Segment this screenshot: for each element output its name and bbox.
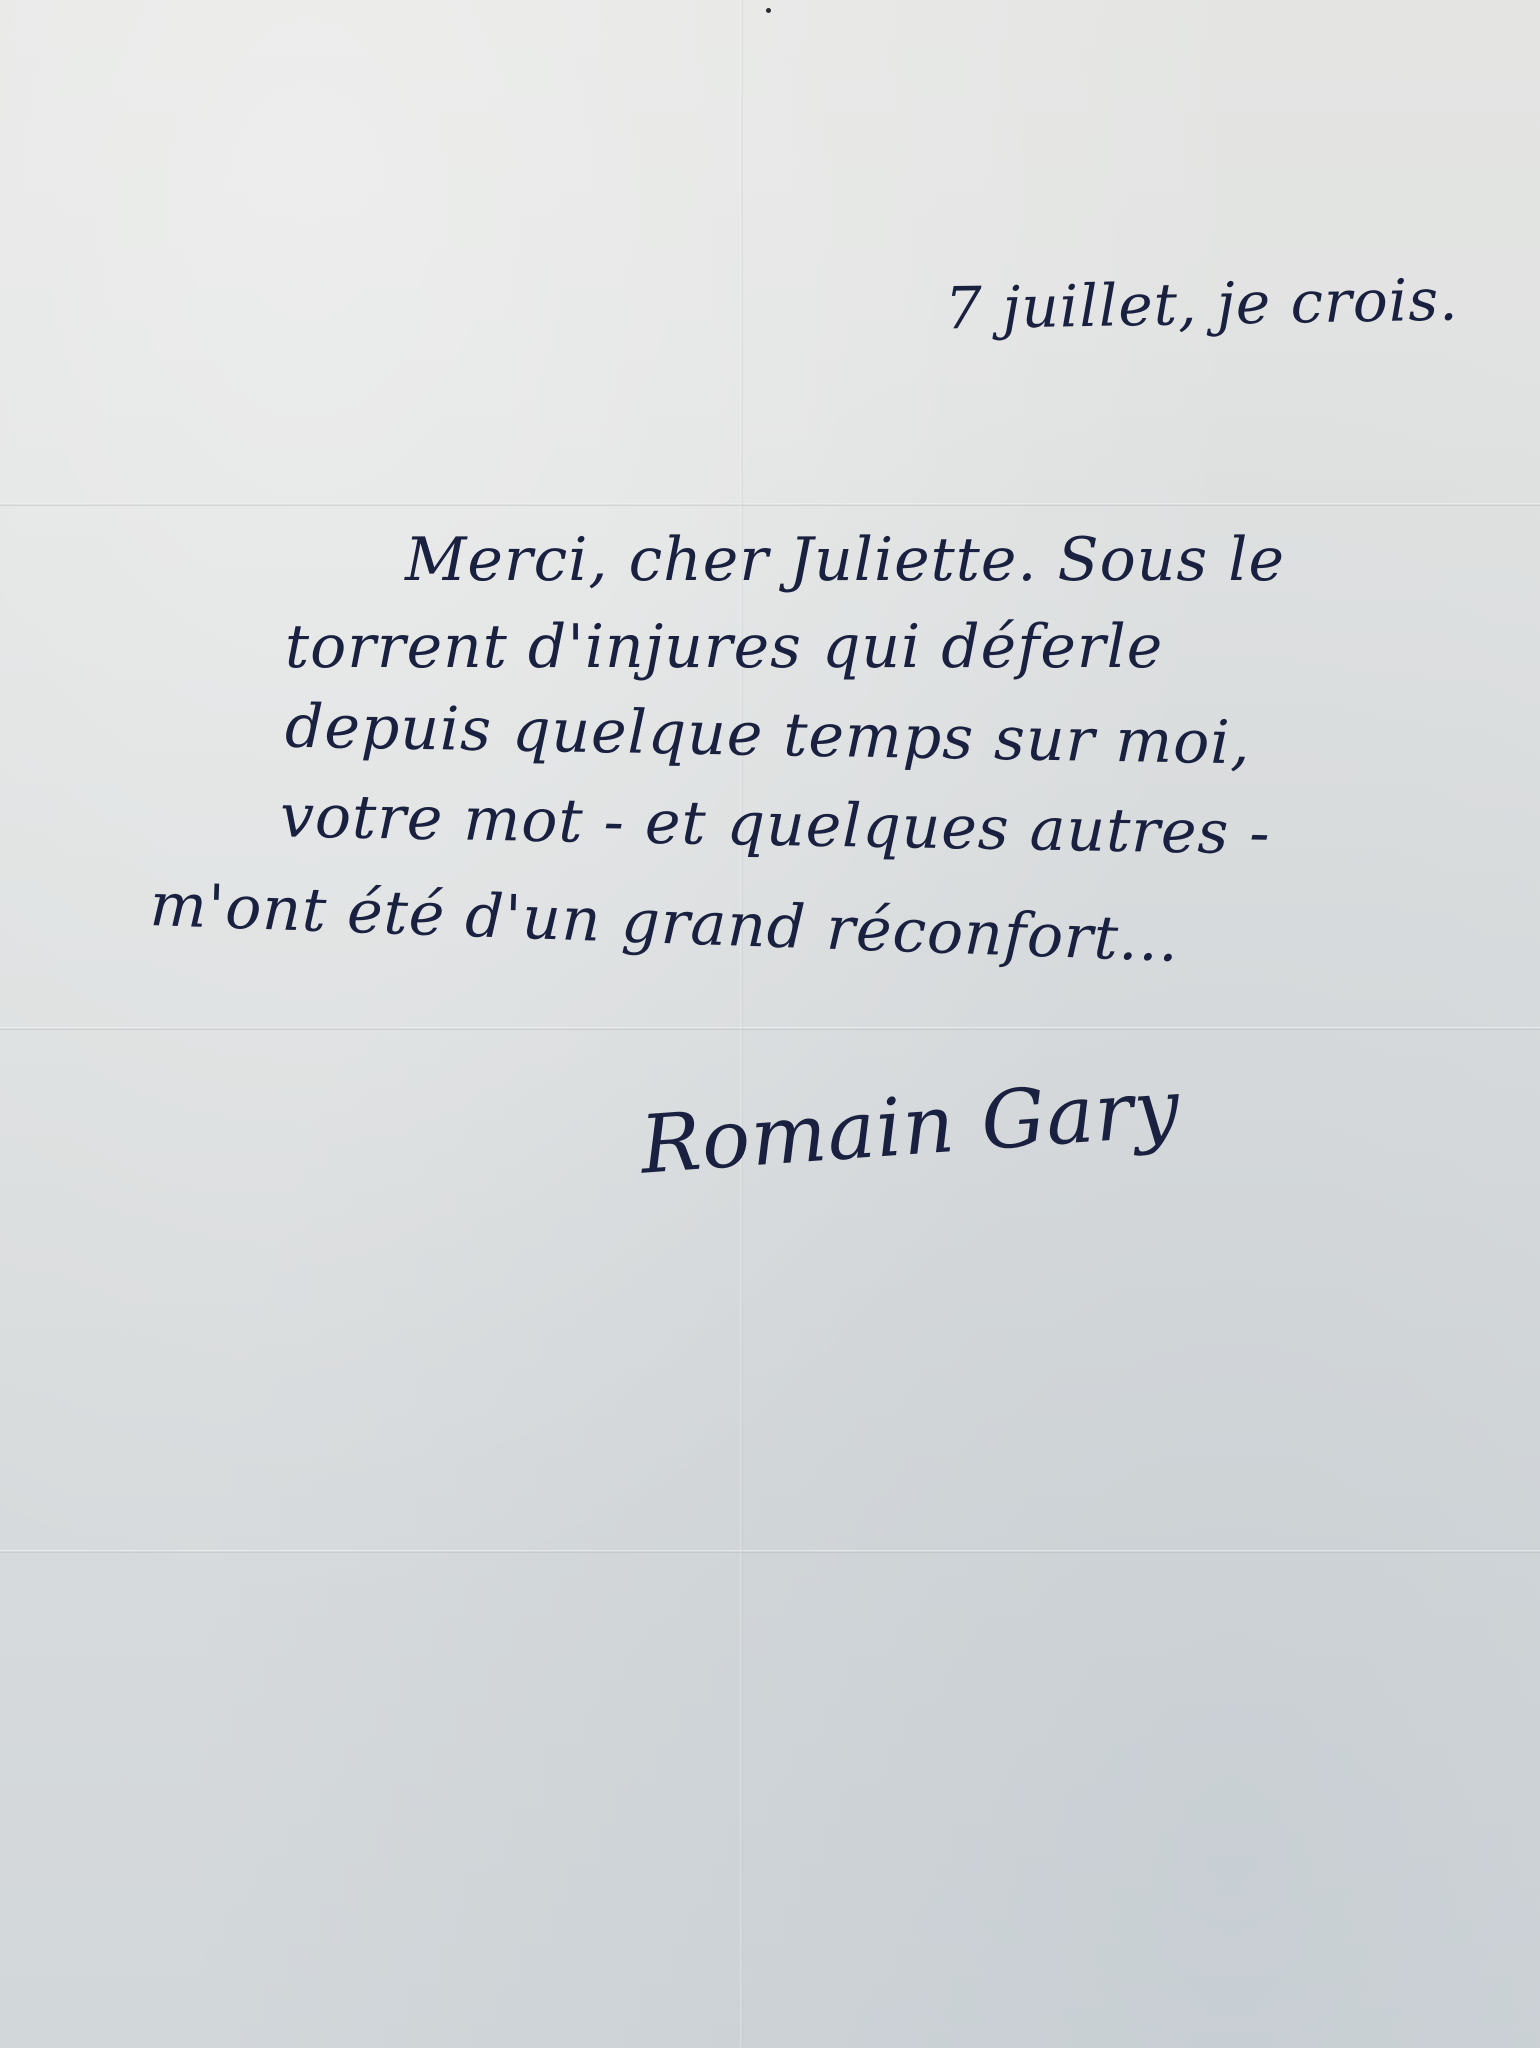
signature: Romain Gary bbox=[637, 1061, 1183, 1191]
letter-body-line: torrent d'injures qui déferle bbox=[285, 612, 1163, 682]
letter-body-line: Merci, cher Juliette. Sous le bbox=[405, 525, 1285, 595]
fold-crease-vertical bbox=[740, 0, 743, 2048]
letter-body-line: depuis quelque temps sur moi, bbox=[284, 692, 1251, 779]
letter-body-line: votre mot - et quelques autres - bbox=[279, 781, 1271, 868]
ink-speck bbox=[766, 8, 771, 13]
letter-page: 7 juillet, je crois. Merci, cher Juliett… bbox=[0, 0, 1540, 2048]
fold-crease-horizontal bbox=[0, 1550, 1540, 1553]
fold-crease-horizontal bbox=[0, 503, 1540, 506]
letter-body-line: m'ont été d'un grand réconfort... bbox=[149, 870, 1181, 976]
fold-crease-horizontal bbox=[0, 1027, 1540, 1030]
letter-date: 7 juillet, je crois. bbox=[944, 266, 1459, 343]
